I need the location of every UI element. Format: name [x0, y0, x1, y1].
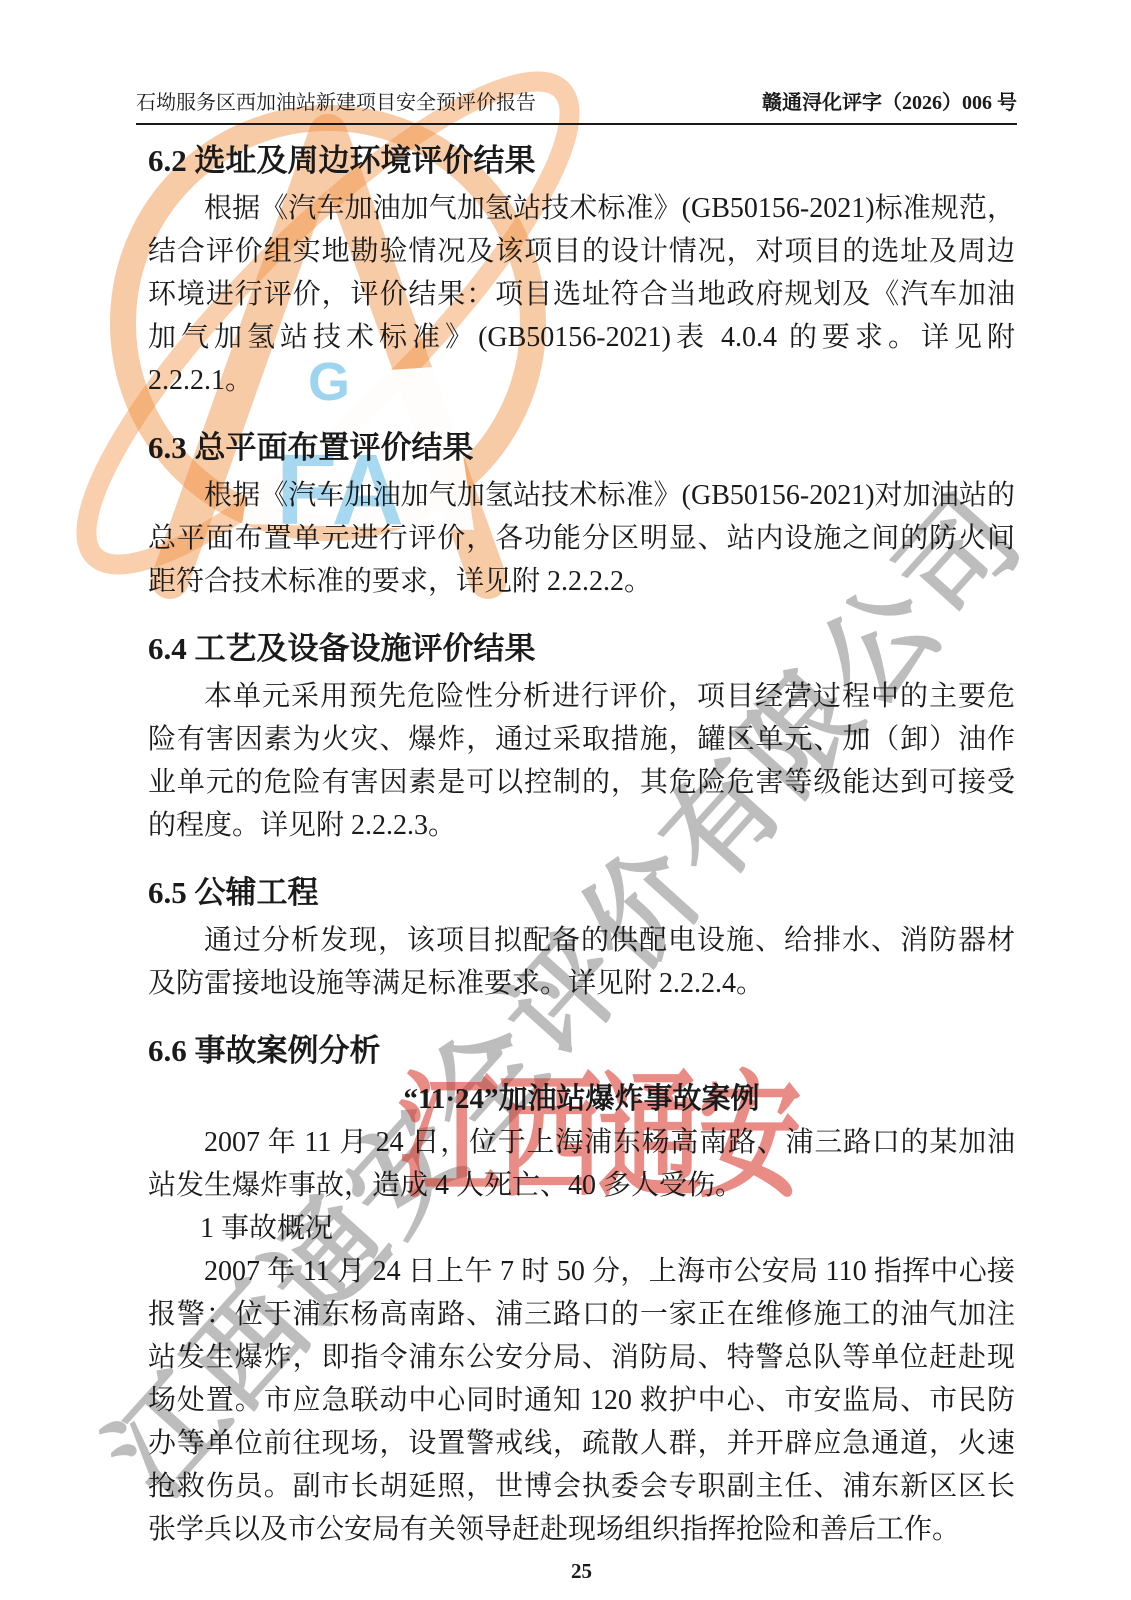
- accident-overview-body: 2007 年 11 月 24 日上午 7 时 50 分，上海市公安局 110 指…: [148, 1250, 1015, 1551]
- section-6-4-body: 本单元采用预先危险性分析进行评价，项目经营过程中的主要危险有害因素为火灾、爆炸，…: [148, 675, 1015, 847]
- section-6-3-body: 根据《汽车加油加气加氢站技术标准》(GB50156-2021)对加油站的总平面布…: [148, 474, 1015, 603]
- section-6-5-body: 通过分析发现，该项目拟配备的供配电设施、给排水、消防器材及防雷接地设施等满足标准…: [148, 919, 1015, 1005]
- page-number: 25: [148, 1559, 1015, 1584]
- accident-case-title: “11·24”加油站爆炸事故案例: [148, 1077, 1015, 1121]
- accident-overview-label: 1 事故概况: [148, 1207, 1015, 1250]
- header-left-title: 石坳服务区西加油站新建项目安全预评价报告: [136, 90, 536, 116]
- accident-case-intro: 2007 年 11 月 24 日，位于上海浦东杨高南路、浦三路口的某加油站发生爆…: [148, 1121, 1015, 1207]
- document-page: G FA 江西通安全评价有限公司 江西通安 石坳服务区西加油站新建项目安全预评价…: [0, 0, 1131, 1600]
- section-6-3-heading: 6.3 总平面布置评价结果: [148, 428, 1015, 468]
- section-6-4-heading: 6.4 工艺及设备设施评价结果: [148, 629, 1015, 669]
- page-content: 石坳服务区西加油站新建项目安全预评价报告 赣通浔化评字（2026）006 号 6…: [0, 0, 1131, 1600]
- section-6-2-body: 根据《汽车加油加气加氢站技术标准》(GB50156-2021)标准规范，结合评价…: [148, 187, 1015, 402]
- header-right-code: 赣通浔化评字（2026）006 号: [762, 90, 1017, 116]
- page-header: 石坳服务区西加油站新建项目安全预评价报告 赣通浔化评字（2026）006 号: [136, 90, 1017, 125]
- section-6-2-heading: 6.2 选址及周边环境评价结果: [148, 141, 1015, 181]
- section-6-5-heading: 6.5 公辅工程: [148, 873, 1015, 913]
- section-6-6-heading: 6.6 事故案例分析: [148, 1031, 1015, 1071]
